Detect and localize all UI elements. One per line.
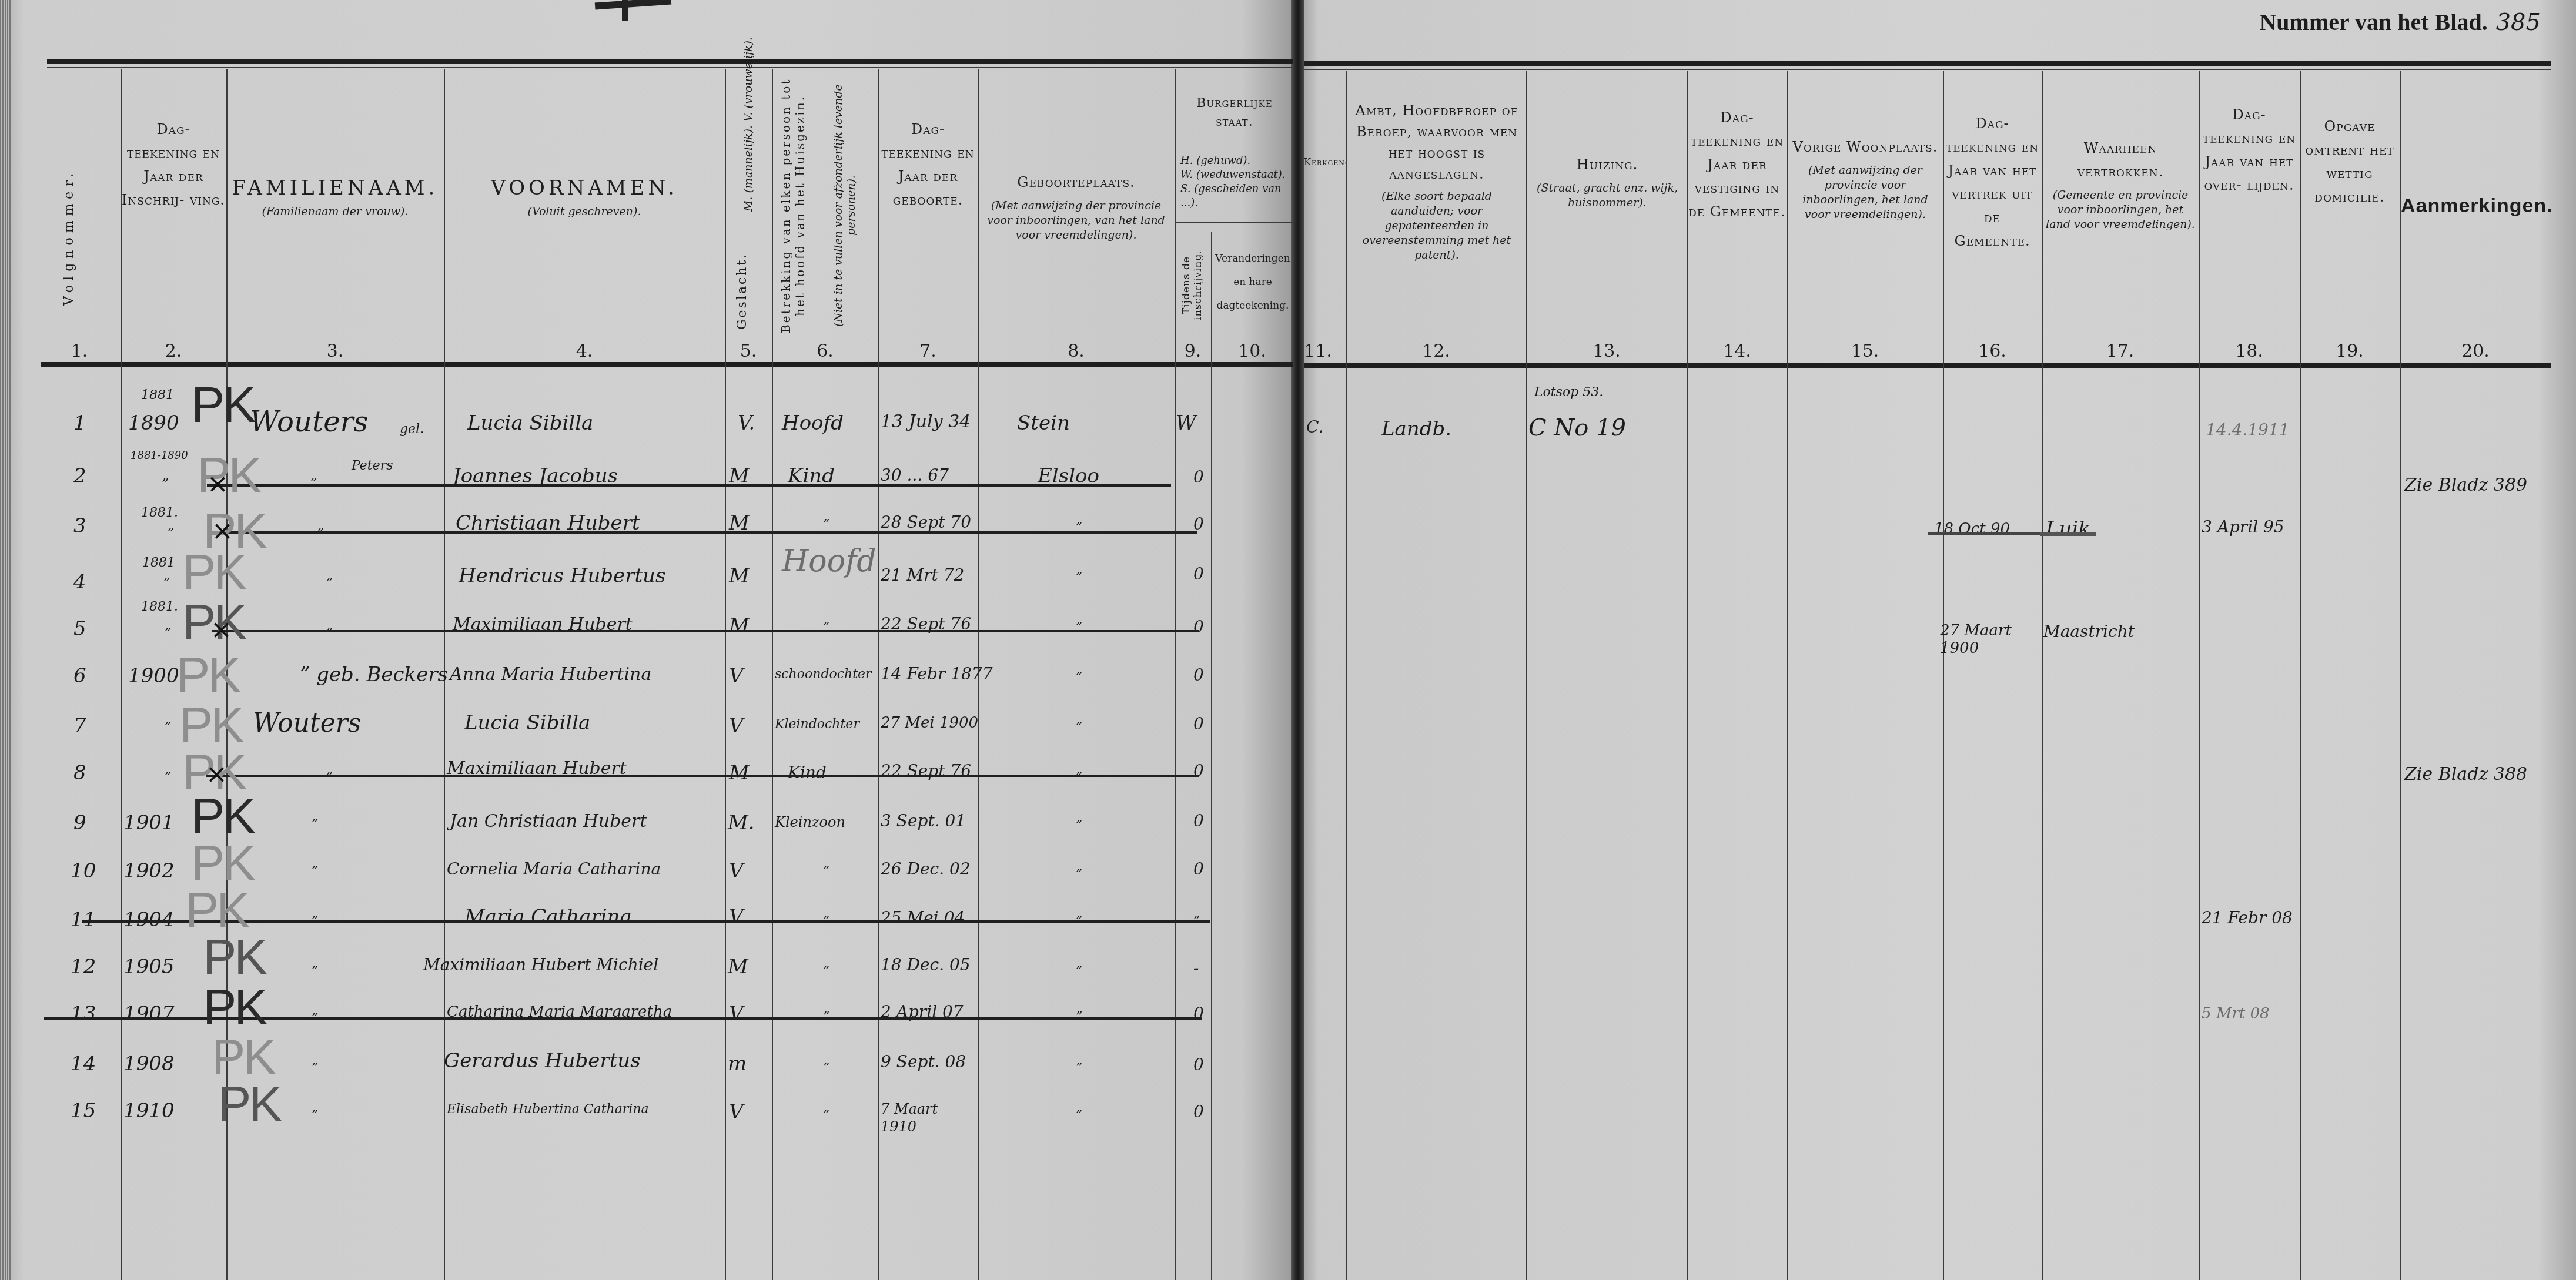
- column-number: 20.: [2400, 341, 2551, 361]
- geboortedatum: 27 Mei 1900: [881, 714, 978, 732]
- column-number: 1.: [62, 341, 97, 361]
- geboortedatum: 9 Sept. 08: [881, 1052, 966, 1071]
- burgerlijke-staat: 0: [1193, 1055, 1204, 1074]
- geslacht: M.: [728, 811, 755, 835]
- row-number: 12: [71, 955, 96, 979]
- geboortedatum: 22 Sept 76: [881, 761, 971, 780]
- voornamen: Hendricus Hubertus: [459, 564, 665, 588]
- header-col-20: Aanmerkingen.: [2401, 194, 2551, 217]
- inschrijving-year: 1910: [123, 1099, 175, 1122]
- inschrijving-note: 1881.: [141, 505, 178, 520]
- geboorteplaats: ”: [1076, 620, 1082, 635]
- betrekking: ”: [823, 1108, 829, 1122]
- header-col-1: Volgnommer.: [62, 176, 85, 306]
- burgerlijke-staat: 0: [1193, 665, 1204, 685]
- column-number: 2.: [121, 341, 226, 361]
- header-col-6-note: (Niet in te vullen voor afzonderlijk lev…: [832, 76, 873, 335]
- inschrijving-note: 1881.: [141, 599, 178, 614]
- column-number: 3.: [226, 341, 444, 361]
- vertrek-date: 27 Maart 1900: [1940, 622, 2040, 657]
- header-col-6: Betrekking van elken persoon tot het hoo…: [779, 76, 826, 335]
- header-col-18: Dag- teekening en Jaar van het over- lij…: [2200, 103, 2299, 197]
- col-divider: [1175, 69, 1176, 1280]
- voornamen: Cornelia Maria Catharina: [447, 859, 661, 879]
- inschrijving-year: 1902: [123, 859, 175, 883]
- header-col-8: Geboorteplaats.(Met aanwijzing der provi…: [978, 170, 1175, 243]
- header-bottom-rule-right: [1304, 363, 2551, 368]
- geboorteplaats: ”: [1076, 770, 1082, 785]
- inschrijving-year: 1905: [123, 955, 175, 979]
- geslacht: V: [729, 859, 744, 883]
- row-number: 10: [71, 859, 96, 883]
- row-number: 2: [73, 464, 86, 488]
- header-col-5-legend: M. (mannelijk). V. (vrouwelijk).: [742, 94, 771, 212]
- huizing-note: Lotsop 53.: [1534, 385, 1603, 400]
- col-divider: [1526, 71, 1527, 1280]
- col-divider: [121, 69, 122, 1280]
- geslacht: V: [729, 714, 744, 738]
- familienaam-note: Peters: [352, 458, 393, 473]
- geboortedatum: 28 Sept 70: [881, 512, 971, 532]
- familienaam: ”: [326, 626, 333, 641]
- burgerlijke-staat: 0: [1193, 1102, 1204, 1121]
- geboorteplaats: ”: [1076, 1061, 1082, 1075]
- sheet-number-label: Nummer van het Blad.385: [2259, 8, 2541, 36]
- geslacht: V: [729, 1002, 744, 1026]
- inschrijving-year: ”: [162, 476, 169, 492]
- column-number: 4.: [444, 341, 725, 361]
- geslacht: M: [729, 614, 750, 638]
- row-number: 4: [73, 570, 86, 594]
- burgerlijke-staat: 0: [1193, 761, 1204, 780]
- header-col-7: Dag- teekening en Jaar der geboorte.: [878, 118, 978, 212]
- geboorteplaats: ”: [1076, 570, 1082, 585]
- header-col-9: Tijdens de inschrijving.: [1180, 235, 1207, 335]
- inschrijving-year: 1900: [128, 664, 179, 688]
- inschrijving-year: 1890: [128, 411, 179, 435]
- strikethrough-waarheen: [2040, 532, 2096, 536]
- geslacht: m: [728, 1052, 747, 1075]
- header-top-thin-left: [47, 67, 1293, 68]
- geslacht: V.: [738, 411, 755, 435]
- geboorteplaats: ”: [1076, 867, 1082, 882]
- header-burgerlijke-staat: Burgerlijke staat.: [1176, 94, 1293, 132]
- geboorteplaats: ”: [1076, 818, 1082, 833]
- page-edge: [0, 0, 11, 1280]
- beroep: Landb.: [1381, 417, 1451, 441]
- header-col-11: Kerkgenootschap.: [1304, 153, 1346, 172]
- column-number: 15.: [1787, 341, 1943, 361]
- column-number: 9.: [1175, 341, 1211, 361]
- familienaam: ”: [312, 1061, 318, 1075]
- pencil-mark-top-stem: [622, 0, 628, 21]
- col-divider: [2400, 71, 2401, 1280]
- inschrijving-year: 1904: [123, 908, 175, 931]
- col-divider: [1346, 71, 1347, 1280]
- burgerlijke-staat: 0: [1193, 859, 1204, 879]
- inschrijving-note: 1881: [142, 555, 175, 570]
- voornamen: Maria Catharina: [464, 905, 632, 929]
- geslacht: V: [729, 1100, 744, 1124]
- huizing: C No 19: [1528, 414, 1626, 441]
- overlijden-date: 21 Febr 08: [2202, 908, 2293, 927]
- pk-stamp: PK: [218, 1075, 280, 1134]
- geboorteplaats: ”: [1076, 1108, 1082, 1122]
- voornamen: Lucia Sibilla: [467, 411, 593, 435]
- strikethrough-vertrek: [1928, 532, 2040, 535]
- row-number: 14: [71, 1052, 96, 1075]
- geslacht: M: [728, 955, 748, 979]
- inschrijving-year: ”: [163, 576, 170, 591]
- betrekking: ”: [823, 864, 829, 879]
- burgerlijke-staat-legend: H. (gehuwd). W. (weduwenstaat). S. (gesc…: [1180, 154, 1292, 210]
- row-number: 15: [71, 1099, 96, 1122]
- column-number: 6.: [772, 341, 878, 361]
- geboortedatum: 7 Maart 1910: [881, 1100, 975, 1135]
- inschrijving-year: 1901: [123, 811, 175, 835]
- column-number: 10.: [1211, 341, 1293, 361]
- waarheen: Luik: [2046, 517, 2090, 541]
- header-col-2: Dag- teekening en Jaar der Inschrij- vin…: [121, 118, 226, 212]
- familienaam: ”: [312, 864, 318, 879]
- cross-mark: ×: [212, 516, 233, 546]
- geslacht: M: [729, 761, 750, 785]
- betrekking: schoondochter: [775, 667, 872, 682]
- inschrijving-year: ”: [165, 626, 171, 641]
- col-divider: [1687, 71, 1688, 1280]
- col-divider: [2042, 71, 2043, 1280]
- inschrijving-note: 1881: [141, 388, 174, 403]
- header-col-5: Geslacht.: [735, 247, 758, 335]
- column-number: 11.: [1304, 341, 1327, 361]
- waarheen: Maastricht: [2043, 622, 2135, 641]
- cross-mark: ×: [206, 759, 228, 789]
- column-number: 19.: [2300, 341, 2400, 361]
- burgerlijke-staat: 0: [1193, 617, 1204, 636]
- geboortedatum: 30 ... 67: [881, 465, 949, 485]
- geslacht: V: [729, 905, 744, 929]
- inschrijving-year: ”: [165, 770, 171, 785]
- geboorteplaats: ”: [1076, 964, 1082, 979]
- geboortedatum: 18 Dec. 05: [881, 955, 971, 974]
- geboorteplaats: Stein: [1017, 411, 1070, 435]
- header-col-15: Vorige Woonplaats.(Met aanwijzing der pr…: [1789, 135, 1941, 222]
- voornamen: Maximiliaan Hubert Michiel: [423, 955, 723, 975]
- row-number: 9: [73, 811, 86, 835]
- strikethrough-row-2: [207, 484, 1171, 487]
- column-number: 8.: [978, 341, 1175, 361]
- geboortedatum: 14 Febr 1877: [881, 664, 992, 683]
- familienaam: ”: [312, 1108, 318, 1122]
- geboorteplaats: ”: [1076, 720, 1082, 735]
- familienaam: ”: [326, 770, 333, 785]
- column-number: 16.: [1943, 341, 2042, 361]
- strikethrough-row-11: [82, 920, 1210, 923]
- column-number: 14.: [1687, 341, 1787, 361]
- cross-mark: ×: [210, 615, 232, 645]
- row-number: 7: [73, 714, 86, 738]
- familienaam-note: gel.: [400, 422, 424, 437]
- column-number: 17.: [2042, 341, 2199, 361]
- familienaam: ”: [312, 817, 318, 832]
- betrekking: Hoofd: [782, 544, 876, 579]
- voornamen: Jan Christiaan Hubert: [450, 811, 647, 832]
- header-col-12: Ambt, Hoofdberoep of Beroep, waarvoor me…: [1350, 100, 1524, 263]
- col-divider: [1211, 232, 1212, 1280]
- row-number: 5: [73, 617, 86, 641]
- col-divider: [878, 69, 879, 1280]
- burgerlijke-staat: 0: [1193, 714, 1204, 733]
- header-col-3: FAMILIENAAM.(Familienaam der vrouw).: [226, 176, 444, 219]
- header-col-10: Veranderingen en hare dagteekening.: [1212, 247, 1293, 317]
- kerkgenootschap: C.: [1306, 417, 1323, 437]
- familienaam: ” geb. Beckers: [300, 663, 448, 686]
- header-col-17: Waarheen vertrokken.(Gemeente en provinc…: [2043, 136, 2197, 232]
- overlijden-date: 5 Mrt 08: [2202, 1005, 2270, 1023]
- inschrijving-year: ”: [165, 720, 171, 735]
- col-divider: [1787, 71, 1788, 1280]
- col-divider: [772, 69, 773, 1280]
- header-top-rule-left: [47, 59, 1293, 64]
- header-col-16: Dag- teekening en Jaar van het vertrek u…: [1944, 112, 2040, 253]
- inschrijving-year: ”: [168, 526, 174, 541]
- sheet-number: 385: [2496, 9, 2541, 36]
- strikethrough-row-8: [206, 775, 1199, 777]
- header-top-thin-right: [1304, 69, 2551, 70]
- betrekking: ”: [823, 517, 829, 532]
- voornamen: Lucia Sibilla: [464, 711, 590, 735]
- geslacht: V: [729, 664, 744, 688]
- column-number: 13.: [1526, 341, 1687, 361]
- aanmerking: Zie Bladz 388: [2404, 764, 2527, 785]
- overlijden-date: 14.4.1911: [2206, 420, 2290, 440]
- row-number: 3: [73, 514, 86, 538]
- inschrijving-note: 1881-1890: [131, 450, 188, 462]
- inschrijving-year: 1907: [123, 1002, 175, 1026]
- row-number: 11: [71, 908, 96, 931]
- header-top-rule-right: [1304, 61, 2551, 66]
- betrekking: Hoofd: [782, 411, 844, 435]
- familienaam: Wouters: [253, 708, 361, 738]
- header-col-13: Huizing.(Straat, gracht enz. wijk, huisn…: [1528, 153, 1686, 210]
- cross-mark: ×: [207, 469, 229, 499]
- familienaam: ”: [326, 576, 333, 591]
- geboorteplaats: ”: [1076, 670, 1082, 685]
- geboortedatum: 13 July 34: [881, 411, 971, 432]
- header-col-14: Dag- teekening en Jaar der vestiging in …: [1688, 106, 1786, 223]
- voornamen: Gerardus Hubertus: [444, 1049, 641, 1073]
- burgerlijke-staat: 0: [1193, 564, 1204, 584]
- row-number: 1: [73, 411, 86, 435]
- voornamen: Elisabeth Hubertina Catharina: [447, 1102, 649, 1117]
- familienaam: ”: [312, 964, 318, 979]
- burgerlijke-staat: 0: [1193, 467, 1204, 487]
- row-number: 6: [73, 664, 86, 688]
- column-number: 7.: [878, 341, 978, 361]
- row-number: 8: [73, 761, 86, 785]
- aanmerking: Zie Bladz 389: [2404, 475, 2527, 495]
- strikethrough-row-5: [212, 630, 1199, 632]
- betrekking: Kleinzoon: [775, 814, 845, 830]
- column-number: 12.: [1346, 341, 1526, 361]
- column-number: 18.: [2199, 341, 2300, 361]
- betrekking: ”: [823, 620, 829, 635]
- burgerlijke-staat: 0: [1193, 811, 1204, 830]
- burgerlijke-staat: W: [1176, 411, 1196, 435]
- column-number: 5.: [725, 341, 772, 361]
- pk-stamp: PK: [191, 376, 254, 434]
- col-divider: [725, 69, 726, 1280]
- burgerlijke-staat-divider: [1176, 222, 1293, 223]
- header-col-4: VOORNAMEN.(Voluit geschreven).: [444, 176, 725, 219]
- betrekking: ”: [823, 1061, 829, 1075]
- header-bottom-rule-left: [41, 362, 1293, 367]
- strikethrough-row-3: [213, 531, 1197, 534]
- row-number: 13: [71, 1002, 96, 1026]
- familienaam: Wouters: [250, 406, 368, 438]
- geslacht: M: [729, 564, 750, 588]
- geboortedatum: 21 Mrt 72: [881, 565, 964, 585]
- familienaam: ”: [310, 476, 317, 491]
- col-divider: [2300, 71, 2301, 1280]
- betrekking: ”: [823, 964, 829, 979]
- voornamen: Anna Maria Hubertina: [450, 664, 651, 685]
- geboortedatum: 25 Mei 04: [881, 908, 965, 927]
- col-divider: [2199, 71, 2200, 1280]
- header-col-19: Opgave omtrent het wettig domicilie.: [2301, 115, 2398, 209]
- betrekking: Kind: [788, 763, 827, 782]
- burgerlijke-staat: -: [1193, 958, 1199, 977]
- overlijden-date: 3 April 95: [2202, 517, 2284, 537]
- book-gutter: [1291, 0, 1304, 1280]
- burgerlijke-staat: 0: [1193, 1004, 1204, 1023]
- betrekking: Kleindochter: [775, 717, 859, 732]
- geboortedatum: 26 Dec. 02: [881, 859, 971, 879]
- inschrijving-year: 1908: [123, 1052, 175, 1075]
- geboortedatum: 3 Sept. 01: [881, 811, 966, 830]
